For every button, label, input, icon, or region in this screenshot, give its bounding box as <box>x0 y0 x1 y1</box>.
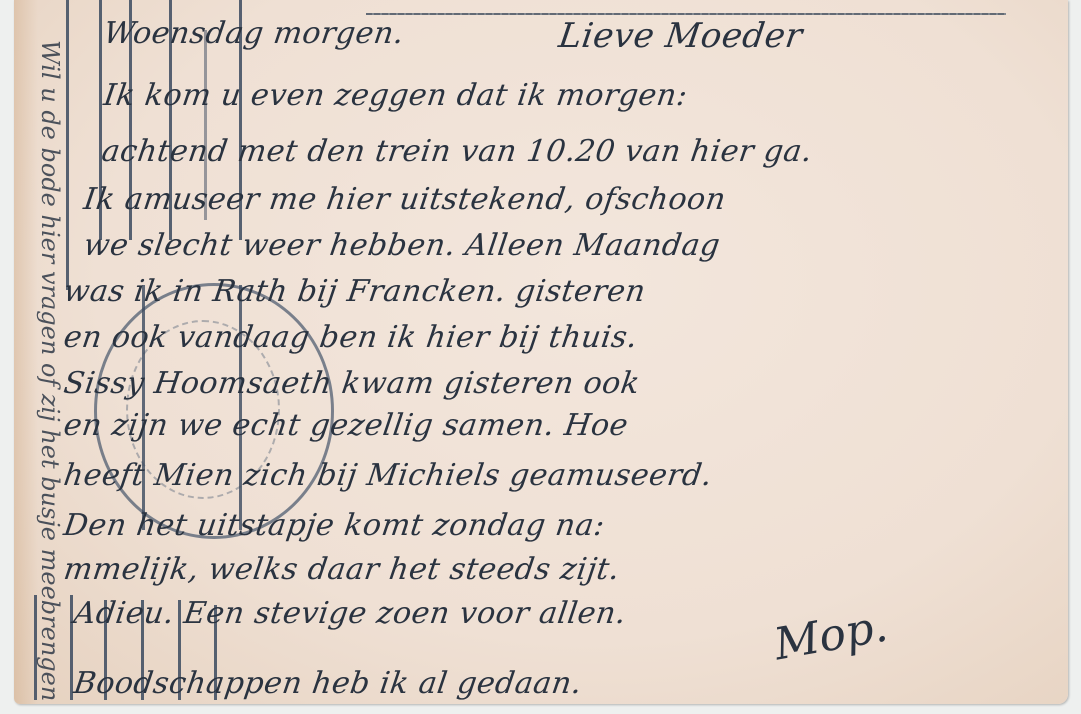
body-line: Sissy Hoomsaeth kwam gisteren ook <box>62 366 643 401</box>
margin-note: Wil u de bode hier vragen of zij het bus… <box>36 40 64 701</box>
body-line: Ik kom u even zeggen dat ik morgen: <box>102 78 690 113</box>
dateline: Woensdag morgen. <box>102 16 407 51</box>
body-line: Ik amuseer me hier uitstekend, ofschoon <box>82 182 729 217</box>
ruling-line <box>70 595 73 700</box>
body-line: we slecht weer hebben. Alleen Maandag <box>82 228 723 263</box>
address-rule <box>366 13 1006 15</box>
postcard: Wil u de bode hier vragen of zij het bus… <box>14 0 1068 704</box>
body-line: en zijn we echt gezellig samen. Hoe <box>62 408 631 443</box>
body-line: Adieu. Een stevige zoen voor allen. <box>72 596 629 631</box>
body-line: Boodschappen heb ik al gedaan. <box>72 666 585 701</box>
body-line: Den het uitstapje komt zondag na: <box>62 508 607 543</box>
body-line: heeft Mien zich bij Michiels geamuseerd. <box>62 458 715 493</box>
signature: Mop. <box>770 601 891 671</box>
ruling-line <box>66 0 69 290</box>
body-line: mmelijk, welks daar het steeds zijt. <box>62 552 622 587</box>
body-line: was ik in Rath bij Francken. gisteren <box>62 274 648 309</box>
body-line: achtend met den trein van 10.20 van hier… <box>100 134 815 169</box>
body-line: en ook vandaag ben ik hier bij thuis. <box>62 320 640 355</box>
salutation: Lieve Moeder <box>556 16 805 56</box>
